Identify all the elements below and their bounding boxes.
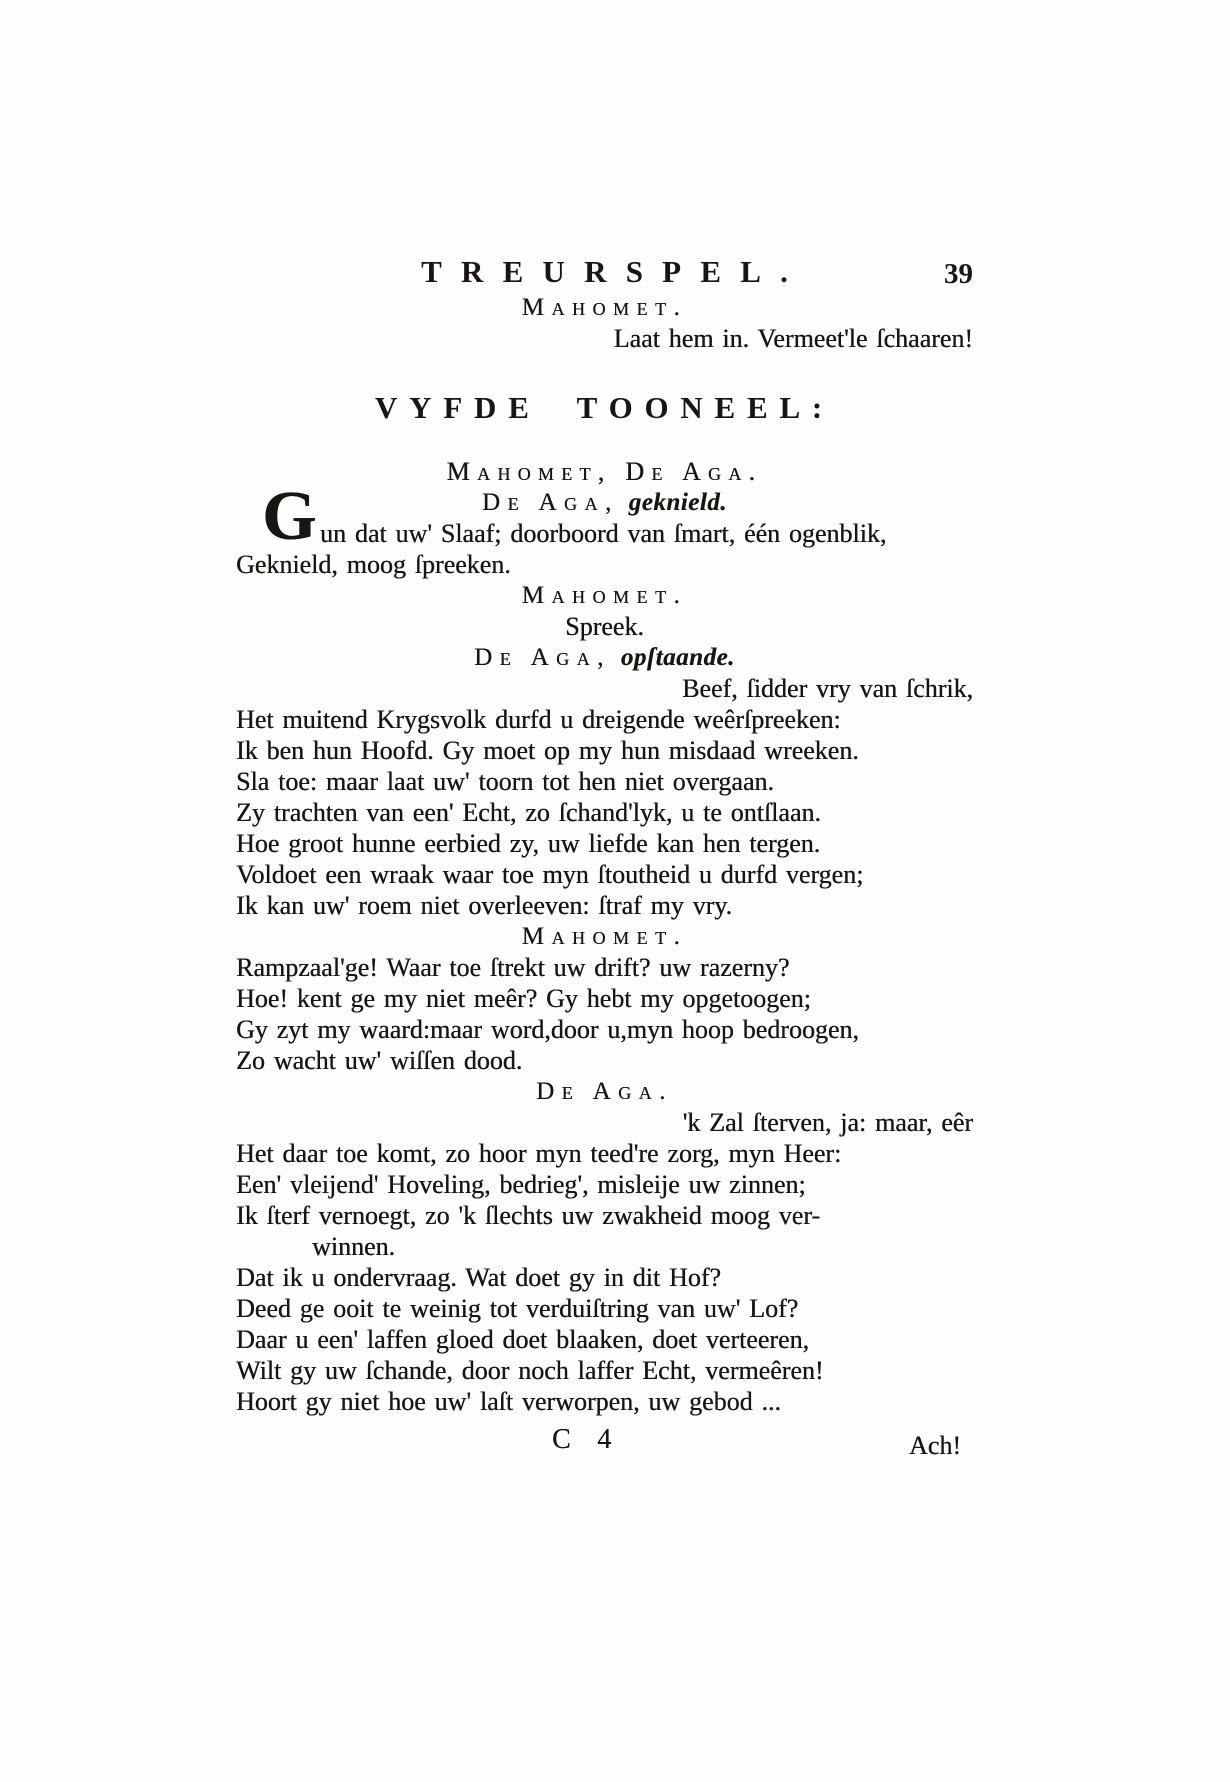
speaker-heading: Mahomet. — [236, 580, 973, 611]
verse-line: Deed ge ooit te weinig tot verduiſtring … — [236, 1293, 973, 1324]
speaker-heading: Mahomet. — [236, 921, 973, 952]
verse-line: Hoe groot hunne eerbied zy, uw liefde ka… — [236, 828, 973, 859]
dialogue-block: Mahomet. Rampzaal'ge! Waar toe ſtrekt uw… — [236, 921, 973, 1076]
verse-line: Een' vleijend' Hoveling, bedrieg', misle… — [236, 1169, 973, 1200]
verse-line: 'k Zal ſterven, ja: maar, eêr — [236, 1107, 973, 1138]
verse-line: Spreek. — [236, 611, 973, 642]
verse-line: Hoe! kent ge my niet meêr? Gy hebt my op… — [236, 983, 973, 1014]
verse-text: un dat uw' Slaaf; doorboord van ſmart, é… — [320, 519, 886, 548]
drop-cap-initial: G — [262, 482, 316, 552]
catchword: Ach! — [909, 1430, 961, 1461]
verse-line: Ik kan uw' roem niet overleeven: ſtraf m… — [236, 890, 973, 921]
verse-line: Het muitend Krygsvolk durfd u dreigende … — [236, 704, 973, 735]
verse-line: Laat hem in. Vermeet'le ſchaaren! — [236, 323, 973, 354]
speaker-heading: De Aga, opſtaande. — [236, 642, 973, 673]
signature-mark: C 4 — [218, 1424, 955, 1455]
speaker-heading: De Aga, geknield. — [236, 487, 973, 518]
dialogue-block: Mahomet. Spreek. — [236, 580, 973, 642]
speaker-name: Mahomet. — [522, 582, 687, 609]
running-head: TREURSPEL. 39 — [236, 252, 973, 292]
speaker-name: De Aga, — [482, 489, 619, 516]
speaker-heading: De Aga. — [236, 1076, 973, 1107]
verse-line: Dat ik u ondervraag. Wat doet gy in dit … — [236, 1262, 973, 1293]
verse-line: Daar u een' laffen gloed doet blaaken, d… — [236, 1324, 973, 1355]
verse-line: Voldoet een wraak waar toe myn ſtoutheid… — [236, 859, 973, 890]
verse-line: G un dat uw' Slaaf; doorboord van ſmart,… — [236, 518, 973, 549]
text-block: TREURSPEL. 39 Mahomet. Laat hem in. Verm… — [236, 252, 973, 1464]
stage-direction: geknield. — [629, 489, 727, 516]
verse-line: Geknield, moog ſpreeken. — [236, 549, 973, 580]
page-number: 39 — [944, 260, 973, 289]
book-page: TREURSPEL. 39 Mahomet. Laat hem in. Verm… — [0, 0, 1230, 1782]
speaker-heading: Mahomet. — [236, 292, 973, 323]
speaker-name: De Aga. — [536, 1078, 673, 1105]
scene-heading: VYFDE TOONEEL: — [236, 387, 973, 429]
dialogue-block: De Aga, geknield. G un dat uw' Slaaf; do… — [236, 487, 973, 580]
stage-direction: opſtaande. — [621, 644, 735, 671]
verse-line: winnen. — [236, 1231, 973, 1262]
running-title: TREURSPEL. — [236, 252, 973, 292]
dialogue-block: De Aga. 'k Zal ſterven, ja: maar, eêr He… — [236, 1076, 973, 1417]
verse-line: Rampzaal'ge! Waar toe ſtrekt uw drift? u… — [236, 952, 973, 983]
page-footer: C 4 Ach! — [236, 1424, 973, 1464]
verse-line: Ik ſterf vernoegt, zo 'k ſlechts uw zwak… — [236, 1200, 973, 1231]
speaker-name: Mahomet. — [522, 294, 687, 321]
verse-line: Ik ben hun Hoofd. Gy moet op my hun misd… — [236, 735, 973, 766]
verse-line: Het daar toe komt, zo hoor myn teed're z… — [236, 1138, 973, 1169]
speaker-name: Mahomet. — [522, 923, 687, 950]
verse-line: Wilt gy uw ſchande, door noch laffer Ech… — [236, 1355, 973, 1386]
verse-line: Zo wacht uw' wiſſen dood. — [236, 1045, 973, 1076]
speaker-name: De Aga, — [474, 644, 611, 671]
verse-line: Zy trachten van een' Echt, zo ſchand'lyk… — [236, 797, 973, 828]
verse-line: Beef, ſidder vry van ſchrik, — [236, 673, 973, 704]
verse-line: Hoort gy niet hoe uw' laſt verworpen, uw… — [236, 1386, 973, 1417]
verse-line: Sla toe: maar laat uw' toorn tot hen nie… — [236, 766, 973, 797]
verse-line: Gy zyt my waard:maar word,door u,myn hoo… — [236, 1014, 973, 1045]
scene-characters: Mahomet, De Aga. — [236, 456, 973, 487]
dialogue-block: De Aga, opſtaande. Beef, ſidder vry van … — [236, 642, 973, 921]
